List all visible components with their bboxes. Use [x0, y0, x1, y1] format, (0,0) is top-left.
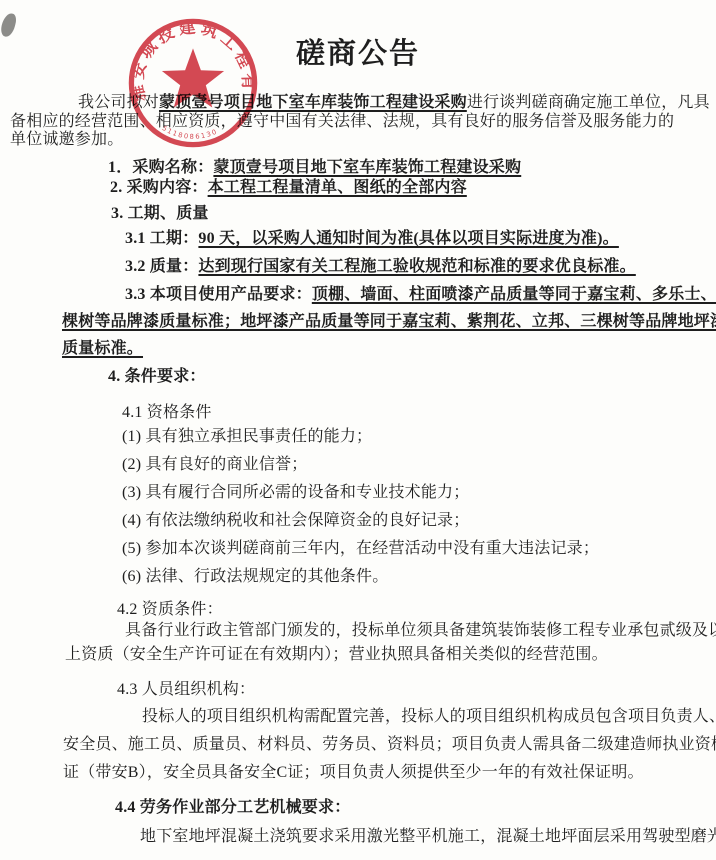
section-4-2-heading: 4.2 资质条件： — [117, 600, 223, 619]
item-purchase-name: 1．采购名称：蒙顶壹号项目地下室车库装饰工程建设采购 — [108, 158, 521, 177]
section-3-2-value: 达到现行国家有关工程施工验收规范和标准的要求优良标准。 — [198, 258, 635, 275]
section-3-heading: 3. 工期、质量 — [111, 204, 209, 223]
section-3-3-line-2: 棵树等品牌漆质量标准；地坪漆产品质量等同于嘉宝莉、紫荆花、立邦、三棵树等品牌地坪… — [62, 312, 716, 331]
section-3-3-label: 3.3 本项目使用产品要求： — [125, 286, 312, 303]
item-purchase-content-label: 2. 采购内容： — [110, 179, 208, 196]
section-4-3-line-2: 安全员、施工员、质量员、材料员、劳务员、资料员；项目负责人需具备二级建造师执业资… — [63, 735, 716, 754]
intro-line-1-prefix: 我公司拟对 — [78, 94, 159, 111]
intro-line-1-underlined: 蒙顶壹号项目地下室车库装饰工程建设采购 — [159, 94, 467, 111]
qualification-item-5: (5) 参加本次谈判磋商前三年内，在经营活动中没有重大违法记录； — [122, 539, 599, 558]
section-4-3-heading: 4.3 人员组织机构： — [117, 680, 255, 699]
intro-line-1: 我公司拟对蒙顶壹号项目地下室车库装饰工程建设采购进行谈判磋商确定施工单位，凡具 — [78, 93, 710, 112]
intro-line-1-suffix: 进行谈判磋商确定施工单位，凡具 — [467, 94, 710, 111]
qualification-item-4: (4) 有依法缴纳税收和社会保障资金的良好记录； — [122, 511, 469, 530]
intro-line-2: 备相应的经营范围、相应资质，遵守中国有关法律、法规，具有良好的服务信誉及服务能力… — [10, 112, 674, 131]
document-page: 磋商公告 雅安城投建筑工程有限公司 5118086130 我公司拟对蒙顶壹号项目… — [0, 0, 716, 860]
qualification-item-1: (1) 具有独立承担民事责任的能力； — [122, 427, 372, 446]
section-4-2-line-2: 上资质（安全生产许可证在有效期内）；营业执照具备相关类似的经营范围。 — [65, 645, 608, 664]
page-title: 磋商公告 — [0, 31, 716, 72]
section-4-1-heading: 4.1 资格条件 — [122, 403, 212, 422]
section-4-3-line-1: 投标人的项目组织机构需配置完善，投标人的项目组织机构成员包含项目负责人、 — [142, 707, 716, 726]
section-4-3-line-3: 证（带安B），安全员具备安全C证；项目负责人须提供至少一年的有效社保证明。 — [63, 763, 644, 782]
qualification-item-2: (2) 具有良好的商业信誉； — [122, 455, 307, 474]
item-purchase-content: 2. 采购内容：本工程工程量清单、图纸的全部内容 — [110, 178, 467, 197]
qualification-item-3: (3) 具有履行合同所必需的设备和专业技术能力； — [122, 483, 469, 502]
section-3-1-value: 90 天，以采购人通知时间为准(具体以项目实际进度为准)。 — [198, 230, 618, 247]
section-4-2-line-1: 具备行业行政主管部门颁发的，投标单位须具备建筑装饰装修工程专业承包贰级及以 — [125, 621, 716, 640]
item-purchase-content-value: 本工程工程量清单、图纸的全部内容 — [208, 179, 467, 196]
section-3-1-label: 3.1 工期： — [125, 230, 198, 247]
section-3-2-label: 3.2 质量： — [125, 258, 198, 275]
section-4-4-line-1: 地下室地坪混凝土浇筑要求采用激光整平机施工，混凝土地坪面层采用驾驶型磨光 — [140, 827, 716, 846]
section-3-2: 3.2 质量：达到现行国家有关工程施工验收规范和标准的要求优良标准。 — [125, 257, 636, 276]
section-3-3-value-1: 顶棚、墙面、柱面喷漆产品质量等同于嘉宝莉、多乐士、三 — [312, 286, 716, 303]
section-3-3-line-1: 3.3 本项目使用产品要求：顶棚、墙面、柱面喷漆产品质量等同于嘉宝莉、多乐士、三 — [125, 285, 716, 304]
section-3-3-line-3: 质量标准。 — [62, 339, 143, 358]
section-3-1: 3.1 工期：90 天，以采购人通知时间为准(具体以项目实际进度为准)。 — [125, 229, 619, 248]
item-purchase-name-value: 蒙顶壹号项目地下室车库装饰工程建设采购 — [213, 159, 521, 176]
company-seal-icon: 雅安城投建筑工程有限公司 5118086130 — [116, 6, 270, 160]
item-purchase-name-label: 1．采购名称： — [108, 159, 213, 176]
section-4-heading: 4. 条件要求： — [108, 367, 206, 386]
intro-line-3: 单位诚邀参加。 — [10, 130, 123, 149]
qualification-item-6: (6) 法律、行政法规规定的其他条件。 — [122, 567, 388, 586]
section-4-4-heading: 4.4 劳务作业部分工艺机械要求： — [115, 798, 350, 817]
